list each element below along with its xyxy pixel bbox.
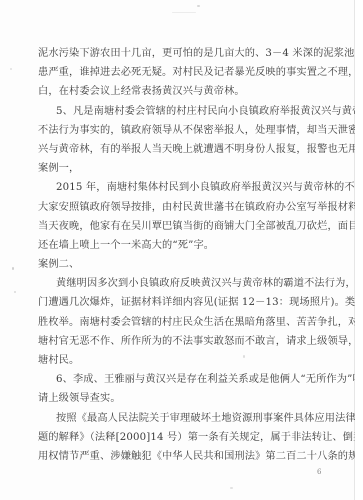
text-line: 门遭遇几次爆炸，证据材料详细内容见(证据 12－13：现场照片)。类此事件不	[38, 293, 325, 312]
scan-mark	[12, 267, 14, 270]
case-one-start: 2015 年，南塘村集体村民到小良镇政府举报黄汉兴与黄帝林的不法行为，	[38, 178, 325, 197]
page-number: 6	[317, 468, 321, 476]
text-line: 大家安照镇政府领导按排，由村民黄世藩书在镇政府办公室写举报材料，谁知	[38, 198, 325, 217]
case-two-heading: 案例二、	[38, 255, 325, 274]
legal-basis-start: 按照《最高人民法院关于审理破坏土地资源刑事案件具体应用法律若干问	[38, 409, 325, 428]
paragraph-5-start: 5、凡是南塘村委会管辖的村庄村民向小良镇政府举报黄汉兴与黄帝林的	[38, 102, 325, 121]
document-body: 泥水污染下游农田十几亩，更可怕的是几亩大的、3－4 米深的泥浆池，安全隐 患严重…	[38, 44, 325, 466]
text-line: 兴与黄帝林，有的举报人当天晚上就遭遇不明身份人报复，报警也无用。	[38, 140, 325, 159]
text-line: 还在墙上喷上一个一米高大的“死”字。	[38, 236, 325, 255]
text-line: 患严重，谁掉进去必死无疑。对村民及记者暴光反映的事实置之不理，颠倒黑	[38, 63, 325, 82]
text-line: 请上级领导查实。	[38, 389, 325, 408]
text-line: 当天夜晚，他家有在吴川覃巴镇当街的商铺大门全部被乱刀砍烂，面目全非，	[38, 217, 325, 236]
document-page: 泥水污染下游农田十几亩，更可怕的是几亩大的、3－4 米深的泥浆池，安全隐 患严重…	[0, 0, 355, 500]
page-edge	[355, 0, 363, 500]
case-two-start: 黄继明因多次到小良镇政府反映黄汉兴与黄帝林的霸道不法行为，他家大	[38, 274, 325, 293]
text-line: 不法行为事实的，镇政府领导从不保密举报人，处理事情，却当天泄密给黄汉	[38, 121, 325, 140]
text-line: 塘村民。	[38, 351, 325, 370]
case-one-heading: 案例一，	[38, 159, 325, 178]
scan-mark	[197, 5, 200, 7]
scan-mark	[14, 291, 16, 293]
text-line: 胜枚举。南塘村委会管辖的村庄民众生活在黑暗角落里、苦苦争扎，对现在南	[38, 313, 325, 332]
scan-mark	[10, 68, 12, 70]
scan-mark	[230, 487, 233, 489]
paragraph-6-start: 6、李成、王雅丽与黄汉兴是存在利益关系或是他俩人“无所作为”呢？	[38, 370, 325, 389]
text-line: 题的解释》（法释[2000]14 号）第一条有关规定，属于非法转让、倒卖土地使	[38, 428, 325, 447]
scan-mark	[172, 12, 196, 13]
text-line: 泥水污染下游农田十几亩，更可怕的是几亩大的、3－4 米深的泥浆池，安全隐	[38, 44, 325, 63]
text-line: 用权情节严重、涉嫌触犯《中华人民共和国刑法》第二百二十八条的规定。国	[38, 447, 325, 466]
text-line: 塘村官无恶不作、所作所为的不法事实敢怒而不敢言，请求上级领导，救救南	[38, 332, 325, 351]
text-line: 白，在村委会议上经常表扬黄汉兴与黄帝林。	[38, 82, 325, 101]
